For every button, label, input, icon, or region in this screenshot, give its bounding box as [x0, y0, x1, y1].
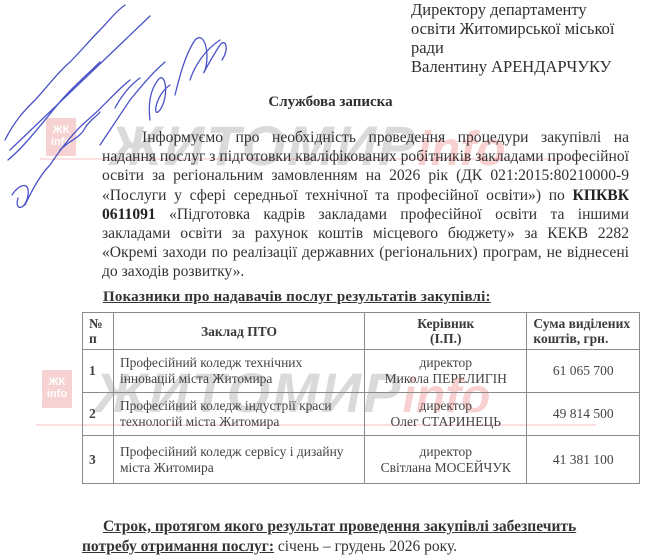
body-paragraph: Інформуємо про необхідність проведення п… — [102, 128, 629, 282]
table-row: 1 Професійний коледж технічних інновацій… — [83, 350, 640, 393]
term-label-line2: потребу отримання послуг: — [82, 538, 274, 555]
table-row: 2 Професійний коледж індустрії краси тех… — [83, 393, 640, 436]
row-institution: Професійний коледж індустрії краси техно… — [113, 393, 364, 436]
providers-table: № п Заклад ПТО Керівник (І.П.) Сума виді… — [82, 312, 640, 484]
term-value: січень – грудень 2026 року. — [274, 538, 457, 555]
row-director: директор Світлана МОСЕЙЧУК — [365, 436, 527, 484]
table-header-row: № п Заклад ПТО Керівник (І.П.) Сума виді… — [83, 313, 640, 350]
section-heading: Показники про надавачів послуг результат… — [103, 289, 491, 306]
row-num: 3 — [83, 436, 114, 484]
header-institution: Заклад ПТО — [113, 313, 364, 350]
term-paragraph: Строк, протягом якого результат проведен… — [82, 517, 642, 557]
row-amount: 61 065 700 — [527, 350, 640, 393]
document-title: Службова записка — [0, 94, 651, 111]
body-part1: Інформуємо про необхідність проведення п… — [102, 129, 629, 204]
header-amount: Сума виділених коштів, грн. — [527, 313, 640, 350]
row-amount: 41 381 100 — [527, 436, 640, 484]
addressee-line: Директору департаменту — [411, 0, 651, 19]
watermark-logo-top: ЖК info — [46, 118, 76, 156]
row-num: 1 — [83, 350, 114, 393]
header-director: Керівник (І.П.) — [365, 313, 527, 350]
row-director: директор Микола ПЕРЕЛИГІН — [365, 350, 527, 393]
watermark-logo-middle: ЖК info — [42, 370, 72, 408]
addressee-line: Валентину АРЕНДАРЧУКУ — [411, 57, 651, 76]
addressee-block: Директору департаменту освіти Житомирськ… — [411, 0, 651, 76]
body-part2: «Підготовка кадрів закладами професійної… — [102, 206, 629, 281]
row-num: 2 — [83, 393, 114, 436]
row-amount: 49 814 500 — [527, 393, 640, 436]
header-num: № п — [83, 313, 114, 350]
document-page: ЖИТОМИРinfo ЖК info ЖИТОМИРinfo ЖК info … — [0, 0, 651, 560]
row-institution: Професійний коледж технічних інновацій м… — [113, 350, 364, 393]
addressee-line: освіти Житомирської міської — [411, 19, 651, 38]
table-row: 3 Професійний коледж сервісу і дизайну м… — [83, 436, 640, 484]
term-label-line1: Строк, протягом якого результат проведен… — [103, 518, 576, 535]
addressee-line: ради — [411, 38, 651, 57]
row-director: директор Олег СТАРИНЕЦЬ — [365, 393, 527, 436]
row-institution: Професійний коледж сервісу і дизайну міс… — [113, 436, 364, 484]
